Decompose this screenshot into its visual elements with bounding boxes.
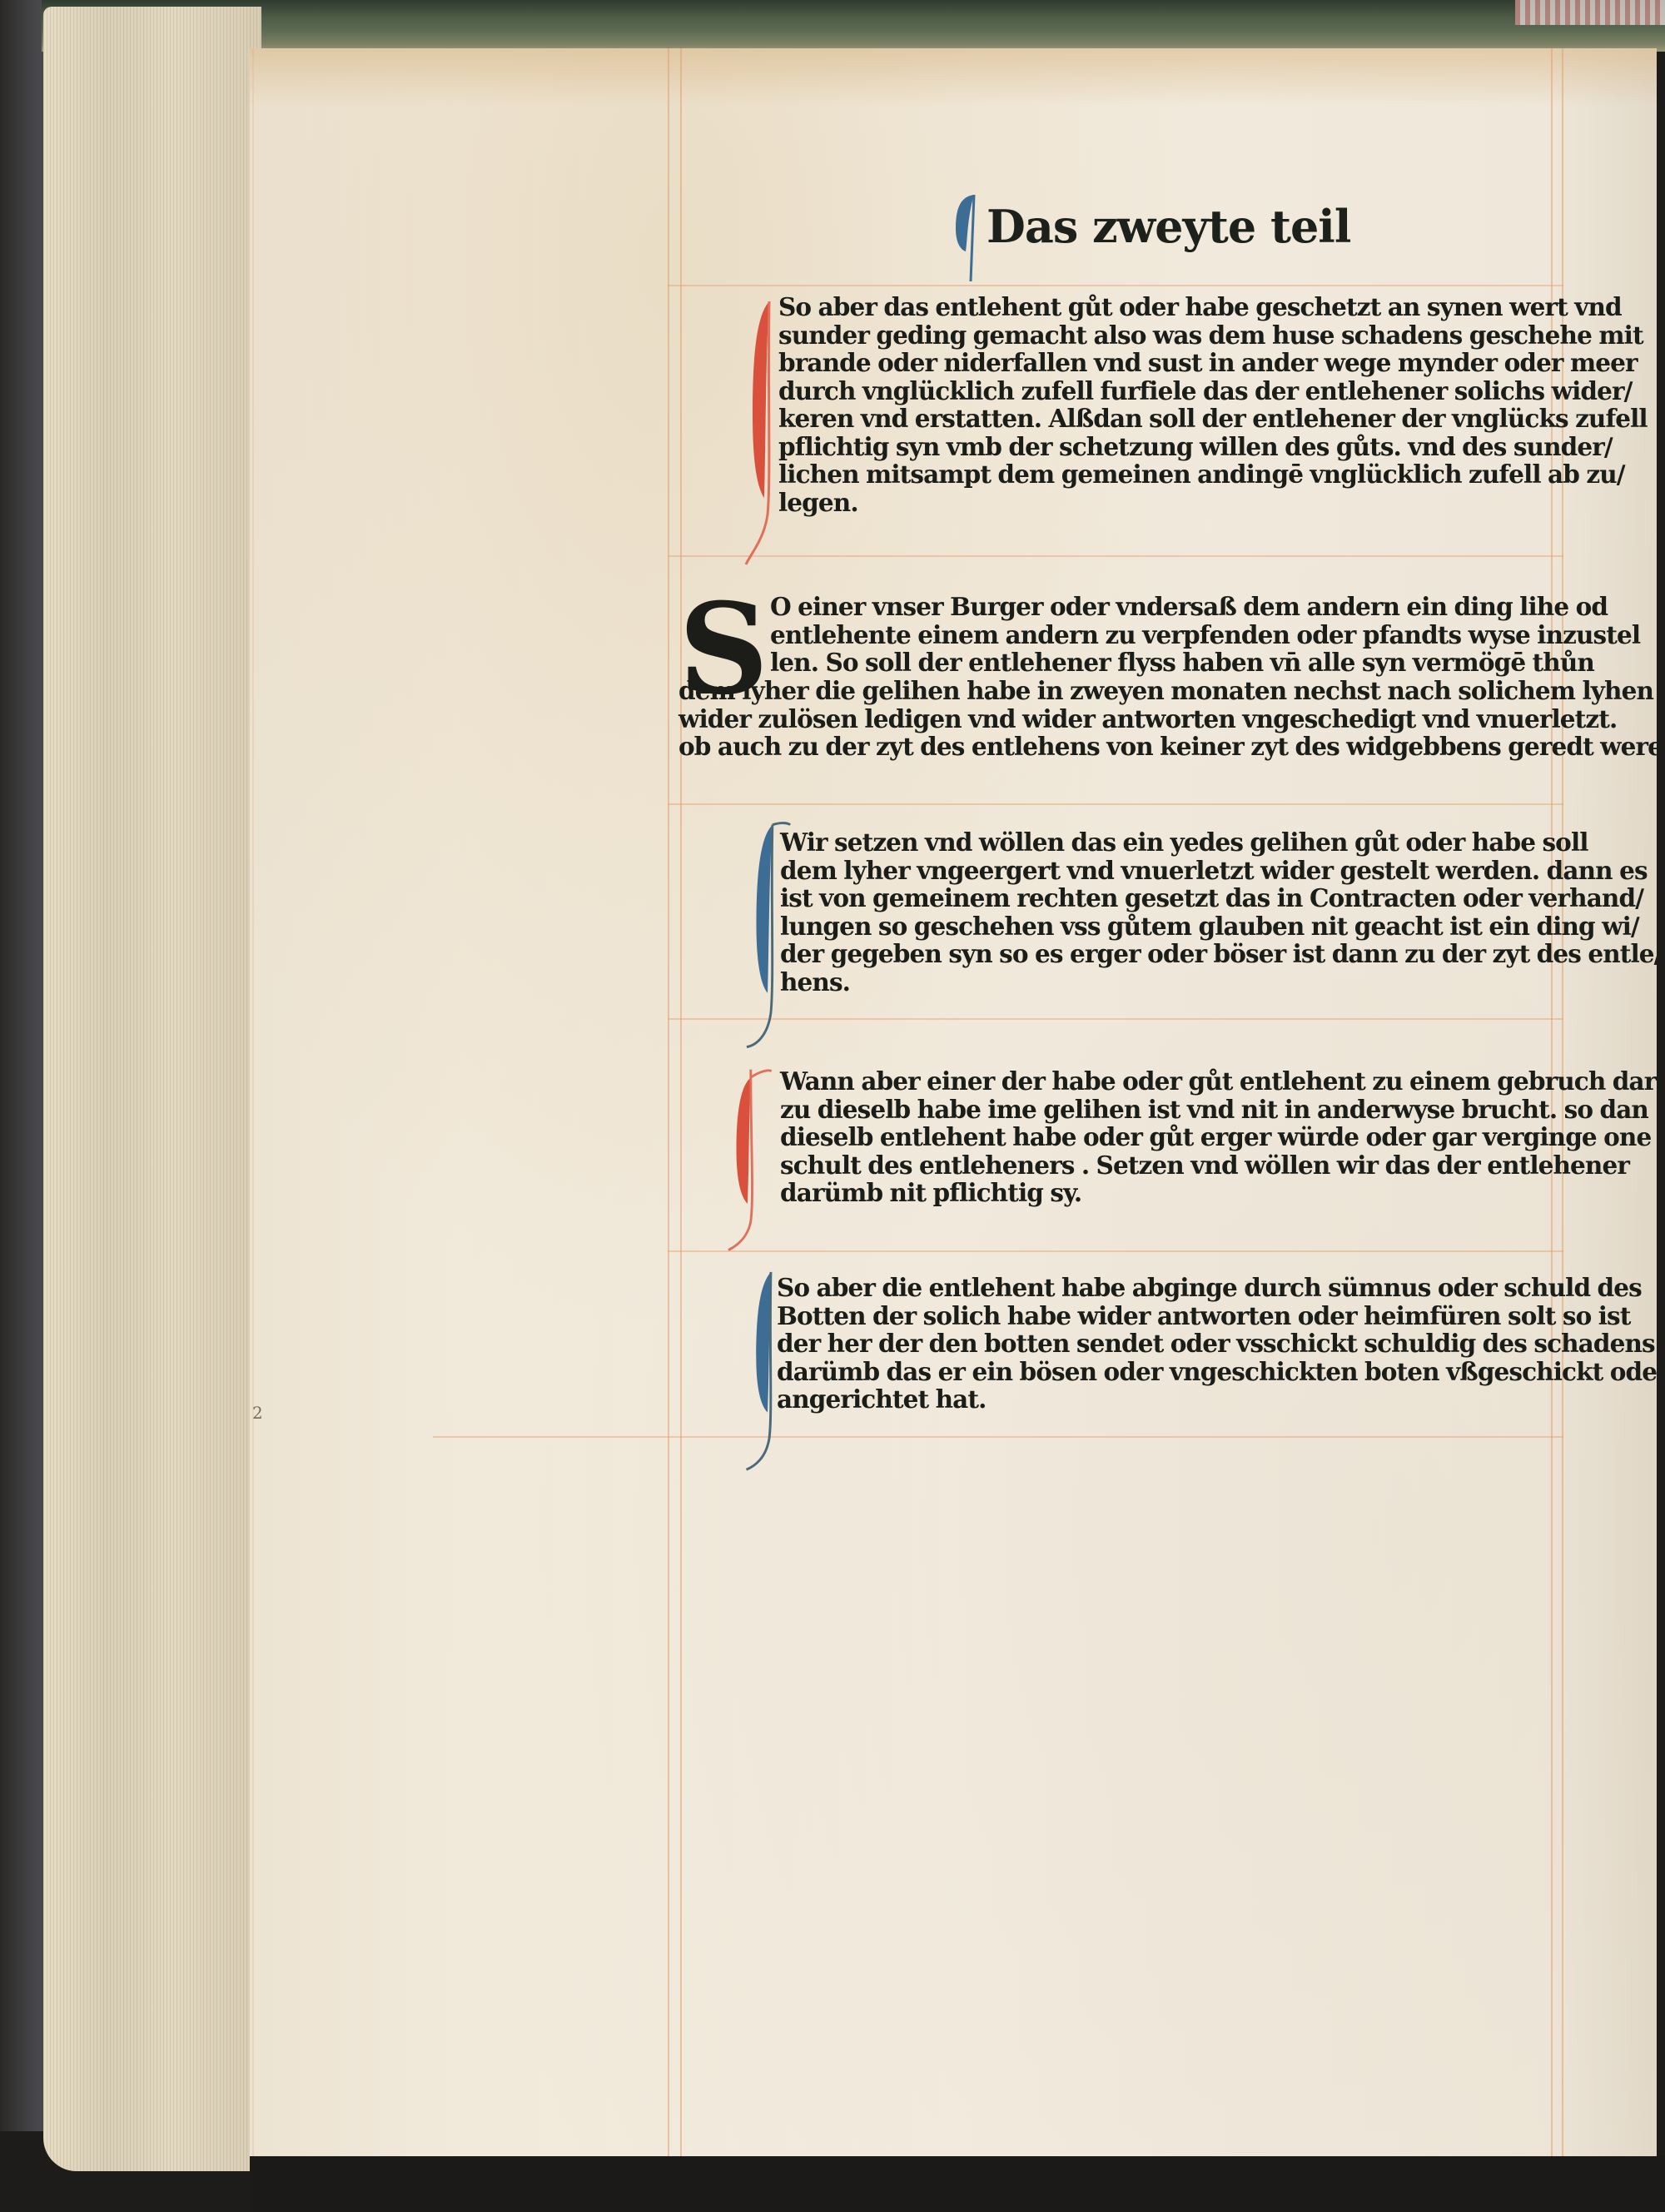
text-line: lichen mitsampt dem gemeinen andingē vng… bbox=[778, 460, 1648, 489]
pilcrow-blue-icon bbox=[949, 191, 984, 283]
text-line: Wann aber einer der habe oder gůt entleh… bbox=[780, 1067, 1656, 1096]
text-line: len. So soll der entlehener flyss haben … bbox=[770, 649, 1640, 677]
text-line: So aber die entlehent habe abginge durch… bbox=[777, 1274, 1665, 1302]
text-line: zu dieselb habe ime gelihen ist vnd nit … bbox=[780, 1096, 1656, 1124]
paragraph-3: Wir setzen vnd wöllen das ein yedes geli… bbox=[780, 828, 1663, 996]
text-line: brande oder niderfallen vnd sust in ande… bbox=[778, 349, 1648, 377]
text-line: darümb das er ein bösen oder vngeschickt… bbox=[777, 1358, 1665, 1386]
bookmark-ribbon bbox=[1515, 0, 1665, 25]
text-line: Wir setzen vnd wöllen das ein yedes geli… bbox=[780, 828, 1663, 857]
ruling-line bbox=[668, 48, 669, 2167]
ruling-line bbox=[668, 285, 1563, 286]
book-photograph: Das zweyte teil So aber das entlehent gů… bbox=[0, 0, 1665, 2212]
text-line: durch vnglücklich zufell furfiele das de… bbox=[778, 377, 1648, 405]
ruling-line bbox=[668, 1018, 1563, 1020]
ruling-line bbox=[433, 1436, 1563, 1438]
text-line: der her der den botten sendet oder vssch… bbox=[777, 1330, 1665, 1358]
ruling-line bbox=[680, 48, 682, 2167]
text-line: angerichtet hat. bbox=[777, 1385, 1665, 1414]
text-line: legen. bbox=[778, 489, 1648, 517]
ruling-line bbox=[668, 555, 1563, 557]
text-line: schult des entleheners . Setzen vnd wöll… bbox=[780, 1151, 1656, 1180]
text-line: ist von gemeinem rechten gesetzt das in … bbox=[780, 884, 1663, 912]
ruling-line bbox=[668, 803, 1563, 805]
text-line: der gegeben syn so es erger oder böser i… bbox=[780, 940, 1663, 968]
text-line: dem lyher die gelihen habe in zweyen mon… bbox=[678, 677, 1663, 705]
text-line: pflichtig syn vmb der schetzung willen d… bbox=[778, 433, 1648, 461]
paragraph-4: Wann aber einer der habe oder gůt entleh… bbox=[780, 1067, 1656, 1207]
text-line: Botten der solich habe wider antworten o… bbox=[777, 1302, 1665, 1330]
water-stain bbox=[250, 48, 1657, 107]
text-line: keren vnd erstatten. Alßdan soll der ent… bbox=[778, 405, 1648, 433]
text-line: wider zulösen ledigen vnd wider antworte… bbox=[678, 705, 1663, 733]
background-shadow bbox=[250, 2156, 1665, 2212]
text-line: darümb nit pflichtig sy. bbox=[780, 1179, 1656, 1207]
text-line: So aber das entlehent gůt oder habe gesc… bbox=[778, 293, 1648, 321]
text-line: entlehente einem andern zu verpfenden od… bbox=[770, 621, 1640, 649]
margin-note: 2 bbox=[252, 1403, 263, 1423]
text-line: ob auch zu der zyt des entlehens von kei… bbox=[678, 733, 1663, 761]
page-fore-edge-stack bbox=[43, 7, 261, 2171]
paragraph-2: O einer vnser Burger oder vndersaß dem a… bbox=[770, 593, 1640, 677]
text-line: lungen so geschehen vss gůtem glauben ni… bbox=[780, 912, 1663, 941]
paragraph-5: So aber die entlehent habe abginge durch… bbox=[777, 1274, 1665, 1414]
ruling-line bbox=[668, 1250, 1563, 1252]
text-line: hens. bbox=[780, 968, 1663, 997]
paragraph-1: So aber das entlehent gůt oder habe gesc… bbox=[778, 293, 1648, 516]
page-top-edge bbox=[42, 0, 1665, 52]
ruling-line bbox=[252, 48, 254, 2167]
text-line: sunder geding gemacht also was dem huse … bbox=[778, 321, 1648, 350]
running-heading: Das zweyte teil bbox=[987, 200, 1350, 253]
text-line: dem lyher vngeergert vnd vnuerletzt wide… bbox=[780, 857, 1663, 885]
pilcrow-red-icon bbox=[718, 1061, 776, 1261]
paragraph-2-continued: dem lyher die gelihen habe in zweyen mon… bbox=[678, 677, 1663, 761]
text-line: dieselb entlehent habe oder gůt erger wü… bbox=[780, 1123, 1656, 1151]
text-line: O einer vnser Burger oder vndersaß dem a… bbox=[770, 593, 1640, 621]
